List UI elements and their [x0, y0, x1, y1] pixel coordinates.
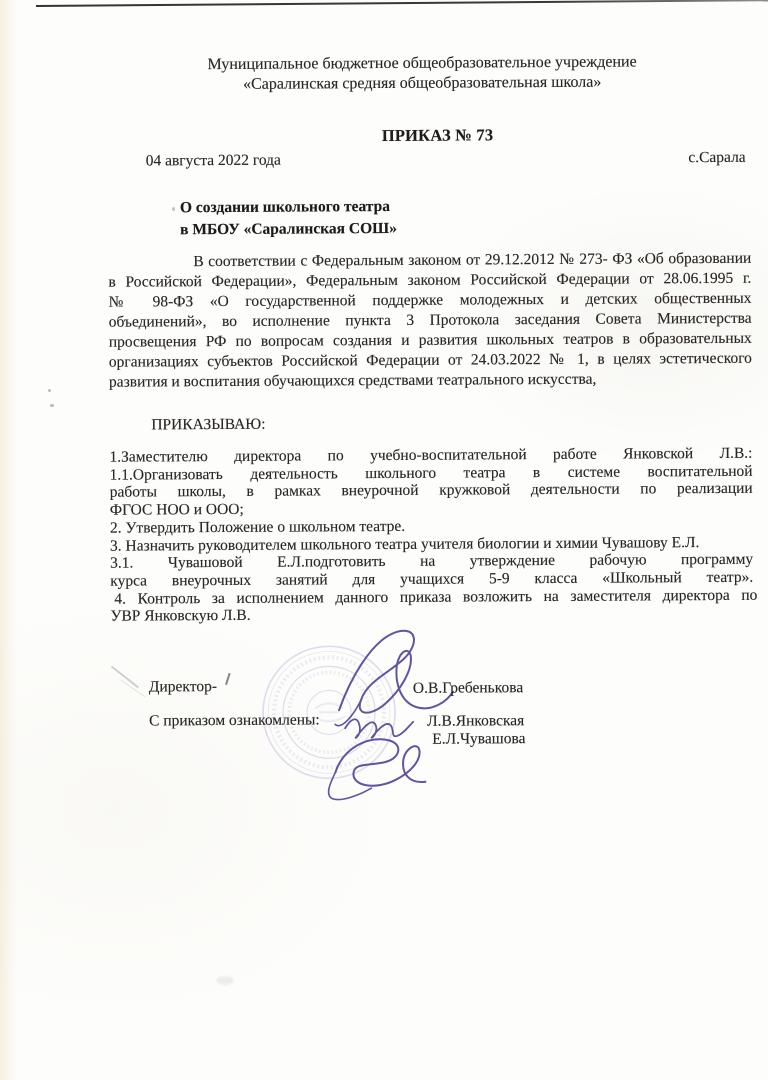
- order-date: 04 августа 2022 года: [146, 151, 281, 172]
- order-subject-line1: О создании школьного театра: [180, 195, 520, 219]
- order-subject: О создании школьного театра в МБОУ «Сара…: [180, 195, 520, 240]
- date-place-line: 04 августа 2022 года с.Сарала: [146, 148, 746, 172]
- order-items-list: 1.Заместителю директора по учебно-воспит…: [109, 445, 753, 626]
- acknowledged-name-2: Е.Л.Чувашова: [432, 729, 525, 750]
- order-place: с.Сарала: [688, 148, 745, 168]
- preamble-line: развития и воспитания обучающихся средст…: [109, 369, 752, 393]
- director-label: Директор-: [149, 677, 217, 697]
- acknowledged-label: С приказом ознакомлены:: [149, 710, 320, 731]
- decree-word: ПРИКАЗЫВАЮ:: [151, 415, 265, 436]
- order-subject-line2: в МБОУ «Саралинская СОШ»: [180, 217, 520, 241]
- organization-name-line2: «Саралинская средняя общеобразовательная…: [107, 71, 737, 94]
- organization-name: Муниципальное бюджетное общеобразователь…: [107, 52, 737, 95]
- scanned-document-page: Муниципальное бюджетное общеобразователь…: [0, 0, 768, 1080]
- preamble-line: организациях субъектов Российской Федера…: [109, 349, 752, 373]
- preamble-paragraph: В соответствии с Федеральным законом от …: [108, 249, 752, 393]
- director-name: О.В.Гребенькова: [413, 678, 523, 699]
- pen-tick-mark: [225, 673, 231, 685]
- order-title: ПРИКАЗ № 73: [107, 124, 767, 148]
